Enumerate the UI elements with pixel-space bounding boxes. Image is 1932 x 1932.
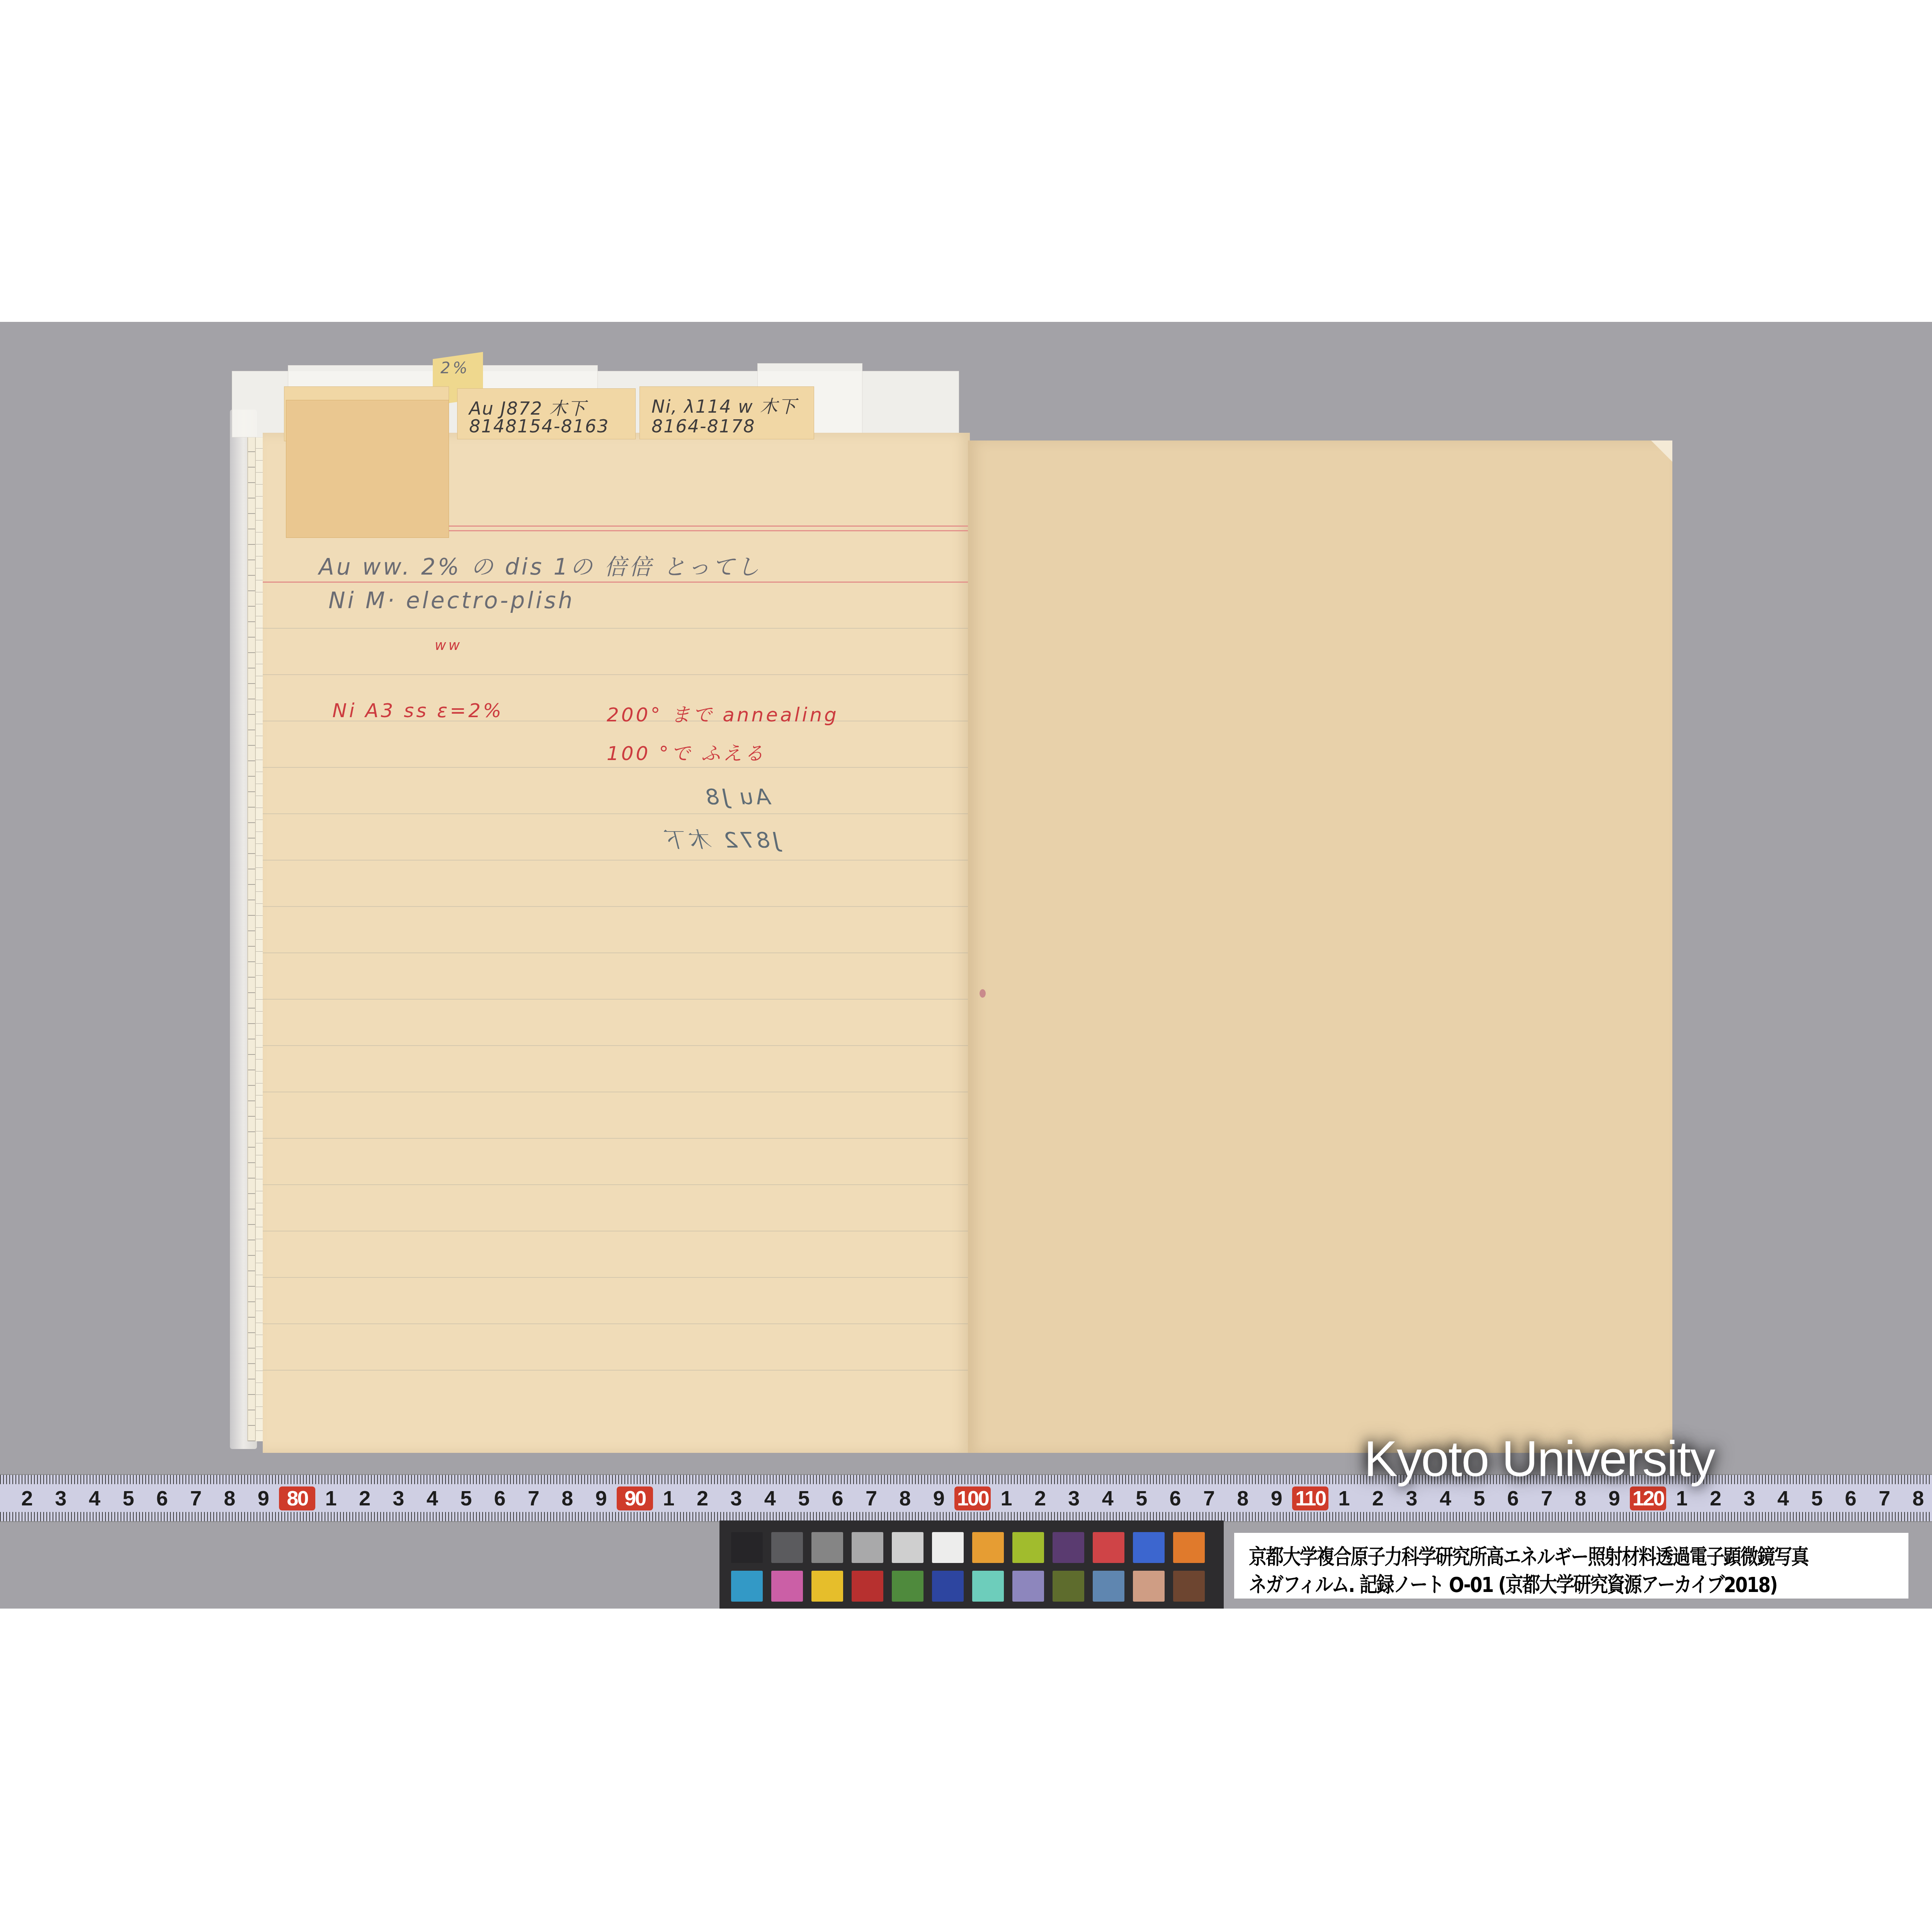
- color-swatch: [1053, 1571, 1084, 1602]
- ruler-label: 5: [788, 1486, 819, 1510]
- sticky-note: [286, 400, 449, 538]
- color-swatch: [892, 1532, 923, 1563]
- color-swatch: [1093, 1571, 1124, 1602]
- ruler-label: 6: [1160, 1486, 1191, 1510]
- ruler-label: 9: [1599, 1486, 1630, 1510]
- color-swatch: [1012, 1532, 1044, 1563]
- ruler-label: 3: [45, 1486, 76, 1510]
- ruler-label: 110: [1292, 1486, 1328, 1510]
- ruler-label: 5: [451, 1486, 481, 1510]
- ruler-label: 2: [1362, 1486, 1393, 1510]
- ruler-label: 3: [1734, 1486, 1765, 1510]
- ruler-label: 7: [856, 1486, 887, 1510]
- ruler-label: 2: [1700, 1486, 1731, 1510]
- note-line-1: Au ww. 2% の dis 1の 倍倍 とってし: [319, 549, 762, 581]
- color-swatch: [1133, 1532, 1165, 1563]
- archive-caption: 京都大学複合原子力科学研究所高エネルギー照射材料透過電子顕微鏡写真 ネガフィルム…: [1234, 1533, 1908, 1599]
- color-swatch: [892, 1571, 923, 1602]
- ruler-label: 3: [1396, 1486, 1427, 1510]
- right-page: [968, 440, 1672, 1453]
- ink-stain: [980, 989, 986, 998]
- color-swatch: [852, 1571, 883, 1602]
- ruler-label: 9: [586, 1486, 617, 1510]
- ruler-label: 9: [1261, 1486, 1292, 1510]
- ruler-label: 100: [954, 1486, 991, 1510]
- color-swatch: [1053, 1532, 1084, 1563]
- color-swatch: [731, 1571, 763, 1602]
- partial-tab-text: 2%: [440, 359, 469, 377]
- ruler-label: 9: [923, 1486, 954, 1510]
- ruler-label: 1: [653, 1486, 684, 1510]
- ruler-label: 7: [1869, 1486, 1900, 1510]
- ruler-label: 5: [1464, 1486, 1495, 1510]
- ruler-label: 1: [1329, 1486, 1360, 1510]
- ruler-label: 4: [1092, 1486, 1123, 1510]
- ruler-label: 4: [417, 1486, 448, 1510]
- color-swatch: [811, 1532, 843, 1563]
- ruler-label: 7: [180, 1486, 211, 1510]
- ruler-label: 6: [822, 1486, 853, 1510]
- ruler-label: 2: [687, 1486, 718, 1510]
- color-swatch: [1173, 1571, 1205, 1602]
- ruler-label: 7: [1194, 1486, 1225, 1510]
- caption-line-1: 京都大学複合原子力科学研究所高エネルギー照射材料透過電子顕微鏡写真: [1249, 1541, 1808, 1570]
- ruler-label: 8: [552, 1486, 583, 1510]
- ruler-label: 1: [1667, 1486, 1697, 1510]
- ruler-label: 6: [1498, 1486, 1529, 1510]
- note-line-4: Ni A3 ss ε=2%: [332, 699, 503, 722]
- red-header-line: [263, 582, 970, 583]
- color-calibration-chart: [719, 1520, 1224, 1609]
- color-swatch: [1173, 1532, 1205, 1563]
- dog-ear-corner: [1651, 440, 1672, 462]
- note-line-3: ww: [435, 638, 462, 653]
- ruler-label: 2: [349, 1486, 380, 1510]
- red-margin-line: [448, 526, 970, 527]
- note-line-8-mirrored: J872 木下: [665, 823, 779, 854]
- color-swatch: [731, 1532, 763, 1563]
- color-swatch: [852, 1532, 883, 1563]
- color-swatch: [972, 1532, 1004, 1563]
- note-line-7-mirrored: Au J8: [703, 784, 770, 810]
- color-swatch: [771, 1532, 803, 1563]
- caption-line-2: ネガフィルム. 記録ノート O-01 (京都大学研究資源アーカイブ2018): [1249, 1568, 1777, 1598]
- ruler-label: 6: [485, 1486, 515, 1510]
- ruler-label: 5: [1801, 1486, 1832, 1510]
- ruler-label: 120: [1630, 1486, 1666, 1510]
- ruler-label: 80: [279, 1486, 315, 1510]
- color-swatch: [1093, 1532, 1124, 1563]
- ruler-label: 3: [721, 1486, 752, 1510]
- ruler-label: 1: [991, 1486, 1022, 1510]
- ruler-label: 1: [316, 1486, 347, 1510]
- ruler-label: 4: [755, 1486, 786, 1510]
- ruler-label: 8: [1227, 1486, 1258, 1510]
- ruler-label: 8: [1903, 1486, 1932, 1510]
- note-line-2: Ni M· electro-plish: [328, 587, 575, 614]
- color-swatch: [972, 1571, 1004, 1602]
- ruler-label: 5: [1126, 1486, 1157, 1510]
- color-swatch: [932, 1571, 964, 1602]
- ruler-label: 4: [1768, 1486, 1799, 1510]
- index-tab-ni-114: Ni, λ114 w 木下 8164-8178: [639, 386, 814, 439]
- ruler-label: 8: [889, 1486, 920, 1510]
- ruler-label: 6: [1835, 1486, 1866, 1510]
- color-swatch: [1012, 1571, 1044, 1602]
- ruler-label: 3: [383, 1486, 414, 1510]
- ruler-label: 4: [79, 1486, 110, 1510]
- note-line-5: 200° まで annealing: [607, 699, 839, 727]
- ruler-label: 7: [518, 1486, 549, 1510]
- color-swatch: [1133, 1571, 1165, 1602]
- color-swatch: [771, 1571, 803, 1602]
- ruler-label: 2: [1025, 1486, 1056, 1510]
- ruler-label: 6: [147, 1486, 178, 1510]
- left-page: [263, 433, 970, 1453]
- ruler-label: 2: [12, 1486, 43, 1510]
- red-margin-line: [448, 530, 970, 531]
- ruler-label: 7: [1531, 1486, 1562, 1510]
- watermark-kyoto-university: Kyoto University: [1364, 1430, 1714, 1488]
- ruler-label: 8: [1565, 1486, 1596, 1510]
- color-swatch: [932, 1532, 964, 1563]
- index-tab-au-j872: Au J872 木下 8148154-8163: [457, 388, 636, 439]
- ruler-label: 90: [617, 1486, 653, 1510]
- color-swatch: [811, 1571, 843, 1602]
- ruler-label: 3: [1058, 1486, 1089, 1510]
- ruler-label: 4: [1430, 1486, 1461, 1510]
- ruler-label: 5: [113, 1486, 144, 1510]
- note-line-6: 100 °で ふえる: [607, 738, 766, 766]
- ruler-label: 8: [214, 1486, 245, 1510]
- ruler-label: 9: [248, 1486, 279, 1510]
